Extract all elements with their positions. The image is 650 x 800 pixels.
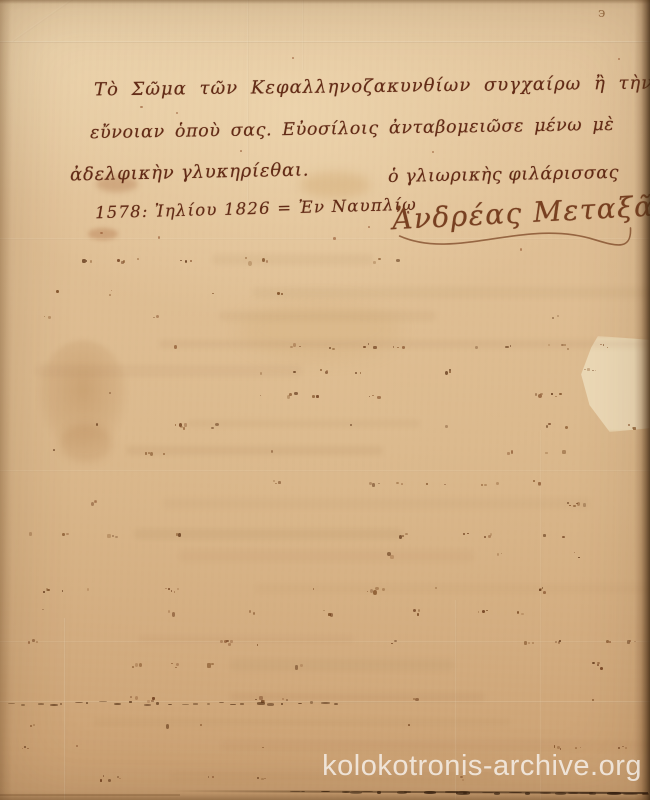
ink-bleed-specks xyxy=(0,0,650,800)
handwriting-dateline: 1578: Ἰηλίου 1826 = Ἐν Ναυπλίῳ xyxy=(95,195,417,222)
photo-edge-shadow-top xyxy=(0,0,650,4)
stain xyxy=(300,172,370,198)
signature-flourish xyxy=(394,212,636,269)
handwriting-line-1: Τὸ Σῶμα τῶν Κεφαλληνοζακυνθίων συγχαίρω … xyxy=(94,73,650,101)
fold-crease xyxy=(247,0,249,205)
page-bottom-edge xyxy=(170,790,648,794)
page-bottom-edge xyxy=(0,794,180,796)
fold-crease xyxy=(455,600,457,800)
fold-crease xyxy=(12,0,128,42)
ink-smudge xyxy=(96,176,138,192)
page-number-mark: ϶ xyxy=(598,6,605,21)
signature: Ἀνδρέας Μεταξᾶς xyxy=(391,189,650,237)
ink-smudge xyxy=(88,228,118,240)
fold-crease xyxy=(0,701,650,703)
fold-crease xyxy=(540,430,542,800)
handwriting-line-2: εὔνοιαν ὁποὺ σας. Εὐοσίλοις ἀνταβομειῶσε… xyxy=(90,115,615,143)
manuscript-page: Τὸ Σῶμα τῶν Κεφαλληνοζακυνθίων συγχαίρω … xyxy=(0,0,650,800)
fold-crease xyxy=(0,470,650,472)
photo-vignette xyxy=(0,0,650,800)
fold-crease xyxy=(0,641,650,643)
paper-grain-texture xyxy=(0,0,650,800)
stain xyxy=(240,300,400,360)
stain xyxy=(38,340,128,450)
photograph: Τὸ Σῶμα τῶν Κεφαλληνοζακυνθίων συγχαίρω … xyxy=(0,0,650,800)
stain xyxy=(60,424,112,462)
fold-crease xyxy=(302,0,304,70)
fold-crease xyxy=(0,238,650,240)
photo-edge-shadow-left xyxy=(0,0,12,800)
photo-edge-shadow-right xyxy=(634,0,650,800)
handwriting-closing: ὁ γλιωρικὴς φιλάρισσας xyxy=(388,163,619,187)
light-paper-patch xyxy=(566,336,650,432)
fold-crease xyxy=(64,618,66,800)
watermark: kolokotronis-archive.org xyxy=(322,750,642,783)
fold-crease xyxy=(0,41,650,43)
handwriting-line-3: ἀδελφικὴν γλυκηρίεθαι. xyxy=(70,159,310,185)
